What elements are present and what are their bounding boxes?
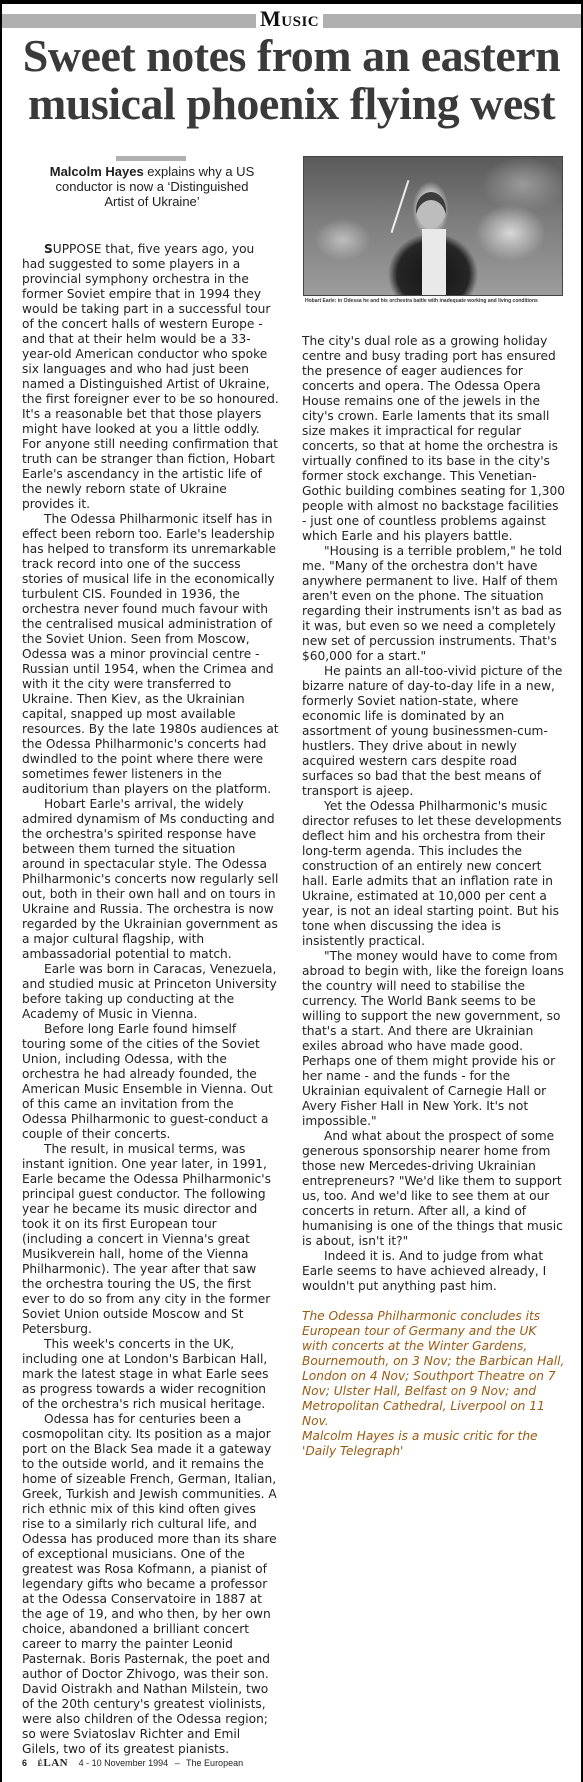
issue-date: 4 - 10 November 1994 bbox=[79, 1758, 169, 1768]
headline-line-2: musical phoenix flying west bbox=[28, 78, 555, 129]
article-paragraph: "Housing is a terrible problem," he told… bbox=[302, 544, 566, 664]
page-footer: 6 éLAN 4 - 10 November 1994 – The Europe… bbox=[22, 1756, 243, 1770]
author-bio: Malcolm Hayes is a music critic for the … bbox=[302, 1429, 566, 1459]
standfirst: Malcolm Hayes explains why a US conducto… bbox=[42, 164, 262, 209]
article-footnote: The Odessa Philharmonic concludes its Eu… bbox=[302, 1309, 566, 1459]
article-paragraph: He paints an all-too-vivid picture of th… bbox=[302, 664, 566, 799]
conductor-photo bbox=[303, 156, 563, 296]
byline-author: Malcolm Hayes bbox=[50, 164, 144, 179]
publication-name: The European bbox=[186, 1758, 243, 1768]
article-paragraph: Indeed it is. And to judge from what Ear… bbox=[302, 1249, 566, 1294]
article-paragraph: Odessa has for centuries been a cosmopol… bbox=[22, 1412, 280, 1757]
section-label: Music bbox=[256, 8, 323, 30]
headline-line-1: Sweet notes from an eastern bbox=[23, 30, 561, 81]
conductor-head-shape bbox=[416, 192, 446, 228]
drop-cap: S bbox=[44, 242, 53, 256]
article-paragraph: Earle was born in Caracas, Venezuela, an… bbox=[22, 962, 280, 1022]
footer-separator: – bbox=[175, 1758, 180, 1768]
page-number: 6 bbox=[22, 1758, 27, 1768]
standfirst-rule bbox=[116, 156, 186, 161]
magazine-logo: éLAN bbox=[38, 1757, 69, 1769]
article-paragraph: And what about the prospect of some gene… bbox=[302, 1129, 566, 1249]
article-paragraph: Yet the Odessa Philharmonic's music dire… bbox=[302, 799, 566, 949]
photo-caption: Hobart Earle: in Odessa he and his orche… bbox=[305, 298, 567, 305]
tour-info: The Odessa Philharmonic concludes its Eu… bbox=[302, 1309, 566, 1429]
article-paragraph: This week's concerts in the UK, includin… bbox=[22, 1337, 280, 1412]
article-paragraph: The result, in musical terms, was instan… bbox=[22, 1142, 280, 1337]
magazine-page: Music Sweet notes from an eastern musica… bbox=[2, 4, 581, 1782]
conductor-shirt-shape bbox=[422, 229, 446, 295]
article-paragraph: Hobart Earle's arrival, the widely admir… bbox=[22, 797, 280, 962]
headline: Sweet notes from an eastern musical phoe… bbox=[2, 32, 581, 128]
article-paragraph: The Odessa Philharmonic itself has in ef… bbox=[22, 512, 280, 797]
article-column-right: The city's dual role as a growing holida… bbox=[302, 334, 566, 1459]
article-paragraph: Before long Earle found himself touring … bbox=[22, 1022, 280, 1142]
baton-shape bbox=[391, 180, 410, 233]
article-paragraph: "The money would have to come from abroa… bbox=[302, 949, 566, 1129]
article-paragraph: The city's dual role as a growing holida… bbox=[302, 334, 566, 544]
article-column-left: SUPPOSE that, five years ago, you had su… bbox=[22, 242, 280, 1757]
article-paragraph: SUPPOSE that, five years ago, you had su… bbox=[22, 242, 280, 512]
